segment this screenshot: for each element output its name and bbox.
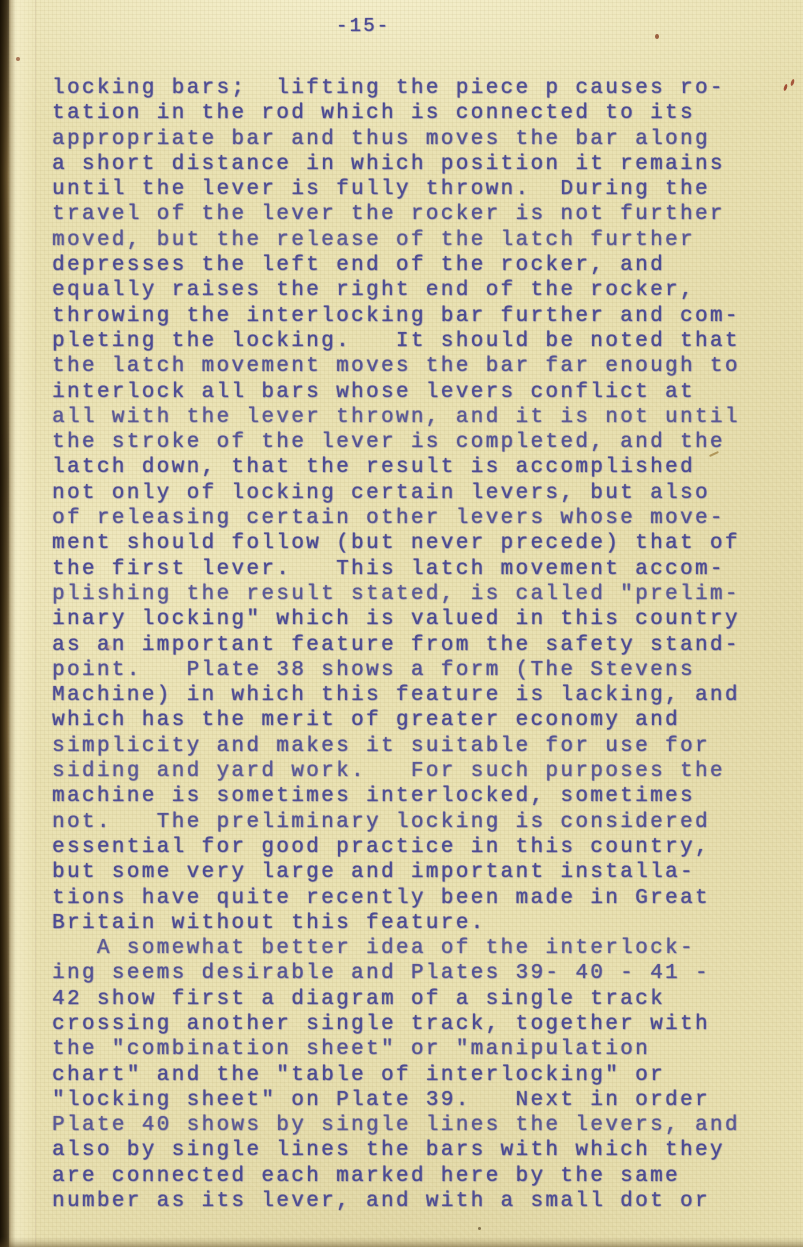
text-line: 42 show first a diagram of a single trac… — [52, 987, 740, 1012]
binding-edge-shadow — [0, 0, 16, 1247]
text-line: not. The preliminary locking is consider… — [52, 810, 740, 835]
text-line: throwing the interlocking bar further an… — [52, 304, 740, 329]
text-line: Britain without this feature. — [52, 911, 740, 936]
text-line: equally raises the right end of the rock… — [52, 278, 740, 303]
ink-dot — [478, 1227, 481, 1230]
text-line: machine is sometimes interlocked, someti… — [52, 784, 740, 809]
text-line: the first lever. This latch movement acc… — [52, 557, 740, 582]
red-ink-speck — [783, 84, 788, 92]
text-line: also by single lines the bars with which… — [52, 1138, 740, 1163]
text-line: crossing another single track, together … — [52, 1012, 740, 1037]
text-line: Machine) in which this feature is lackin… — [52, 683, 740, 708]
text-line: point. Plate 38 shows a form (The Steven… — [52, 658, 740, 683]
rust-speck — [16, 57, 20, 61]
text-line: Plate 40 shows by single lines the lever… — [52, 1113, 740, 1138]
text-line: essential for good practice in this coun… — [52, 835, 740, 860]
text-line: ment should follow (but never precede) t… — [52, 531, 740, 556]
text-line: travel of the lever the rocker is not fu… — [52, 202, 740, 227]
text-line: of releasing certain other levers whose … — [52, 506, 740, 531]
text-line: until the lever is fully thrown. During … — [52, 177, 740, 202]
text-line: latch down, that the result is accomplis… — [52, 455, 740, 480]
text-line: but some very large and important instal… — [52, 860, 740, 885]
text-line: the stroke of the lever is completed, an… — [52, 430, 740, 455]
text-line: siding and yard work. For such purposes … — [52, 759, 740, 784]
text-line: tation in the rod which is connected to … — [52, 101, 740, 126]
text-line: plishing the result stated, is called "p… — [52, 582, 740, 607]
text-line: moved, but the release of the latch furt… — [52, 228, 740, 253]
text-line: as an important feature from the safety … — [52, 633, 740, 658]
text-line: tions have quite recently been made in G… — [52, 886, 740, 911]
typewritten-manuscript-page: -15- locking bars; lifting the piece p c… — [0, 0, 803, 1247]
text-line: a short distance in which position it re… — [52, 152, 740, 177]
page-bottom-edge-shadow — [0, 1237, 803, 1247]
text-line: which has the merit of greater economy a… — [52, 708, 740, 733]
text-line: ing seems desirable and Plates 39- 40 - … — [52, 961, 740, 986]
text-line: locking bars; lifting the piece p causes… — [52, 76, 740, 101]
text-line: A somewhat better idea of the interlock- — [52, 936, 740, 961]
text-line: depresses the left end of the rocker, an… — [52, 253, 740, 278]
text-line: appropriate bar and thus moves the bar a… — [52, 127, 740, 152]
text-line: the "combination sheet" or "manipulation — [52, 1037, 740, 1062]
text-line: "locking sheet" on Plate 39. Next in ord… — [52, 1088, 740, 1113]
text-line: interlock all bars whose levers conflict… — [52, 380, 740, 405]
text-line: chart" and the "table of interlocking" o… — [52, 1063, 740, 1088]
text-line: all with the lever thrown, and it is not… — [52, 405, 740, 430]
text-line: pleting the locking. It should be noted … — [52, 329, 740, 354]
body-text: locking bars; lifting the piece p causes… — [52, 76, 740, 1214]
text-line: are connected each marked here by the sa… — [52, 1164, 740, 1189]
text-line: inary locking" which is valued in this c… — [52, 607, 740, 632]
text-line: not only of locking certain levers, but … — [52, 481, 740, 506]
red-ink-speck — [790, 79, 795, 87]
text-line: number as its lever, and with a small do… — [52, 1189, 740, 1214]
text-line: simplicity and makes it suitable for use… — [52, 734, 740, 759]
text-line: the latch movement moves the bar far eno… — [52, 354, 740, 379]
page-number: -15- — [336, 15, 390, 37]
rust-speck — [655, 34, 659, 39]
